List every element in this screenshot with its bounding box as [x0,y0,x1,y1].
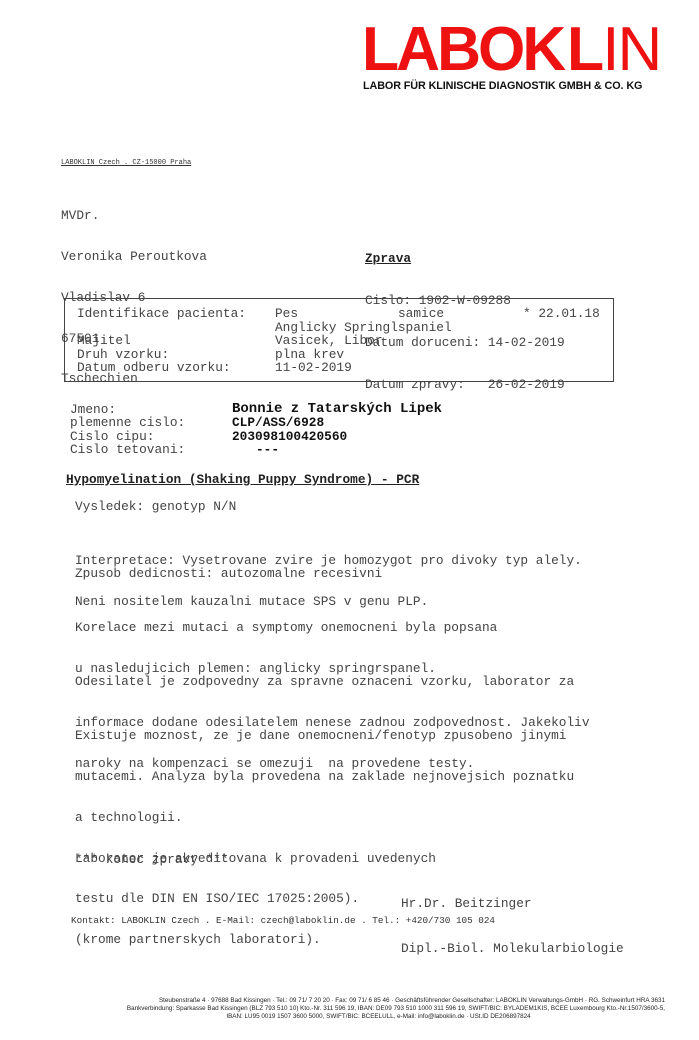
tattoo-number: --- [256,443,279,456]
test-title: Hypomyelination (Shaking Puppy Syndrome)… [66,472,419,487]
owner-label: Majitel [77,334,131,348]
recipient-title: MVDr. [61,209,207,223]
tattoo-label: Cislo tetovani: [70,443,185,456]
signatory-name: Hr.Dr. Beitzinger [401,896,624,911]
patient-birth-date: * 22.01.18 [523,307,600,321]
logo-brand-bold: LABOK [362,24,563,76]
signatory-title: Dipl.-Biol. Molekularbiologie [401,941,624,956]
contact-line: Kontakt: LABOKLIN Czech . E-Mail: czech@… [71,915,495,926]
owner-name: Vasicek, Libor [275,334,383,348]
report-title: Zprava [365,252,565,266]
correlation-line: Korelace mezi mutaci a symptomy onemocne… [75,621,497,635]
footer-line: Steubenstraße 4 · 97688 Bad Kissingen · … [92,997,665,1005]
chip-label: Cislo cipu: [70,430,154,443]
laboklin-logo: LABOKLIN [362,24,660,76]
animal-name-label: Jmeno: [70,403,116,416]
patient-sex: samice [398,307,444,321]
patient-breed: Anglicky Springlspaniel [275,321,452,335]
company-footer: Steubenstraße 4 · 97688 Bad Kissingen · … [92,997,665,1021]
notes-line: a technologii. [75,811,574,825]
logo-tagline: LABOR FÜR KLINISCHE DIAGNOSTIK GMBH & CO… [363,80,642,92]
sample-date-label: Datum odberu vzorku: [77,361,231,375]
sample-date: 11-02-2019 [275,361,352,375]
recipient-name: Veronika Peroutkova [61,250,207,264]
chip-number: 203098100420560 [232,430,347,443]
patient-id-label: Identifikace pacienta: [77,307,246,321]
sample-type-label: Druh vzorku: [77,348,169,362]
sender-address-line: LABOKLIN Czech . CZ-15000 Praha [61,159,191,167]
footer-line: Bankverbindung: Sparkasse Bad Kissingen … [92,1005,665,1013]
pedigree-number: CLP/ASS/6928 [232,416,324,429]
end-of-report: *** konec zpravy *** [75,852,229,867]
notes-line: Existuje moznost, ze je dane onemocneni/… [75,729,574,743]
inheritance-mode: Zpusob dedicnosti: autozomalne recesivni [75,567,382,581]
test-result: Vysledek: genotyp N/N [75,500,236,514]
animal-name: Bonnie z Tatarských Lipek [232,403,442,416]
disclaimer-line: Odesilatel je zodpovedny za spravne ozna… [75,675,590,689]
pedigree-label: plemenne cislo: [70,416,185,429]
logo-brand-thin: IN [602,24,660,76]
patient-species: Pes [275,307,298,321]
footer-line: IBAN: LU95 0019 1507 3600 5000, SWIFT/BI… [92,1013,665,1021]
notes-line: mutacemi. Analyza byla provedena na zakl… [75,770,574,784]
logo-brand-l: L [567,24,601,76]
patient-identification-box: Identifikace pacienta: Pes samice * 22.0… [64,298,614,382]
sample-type: plna krev [275,348,344,362]
